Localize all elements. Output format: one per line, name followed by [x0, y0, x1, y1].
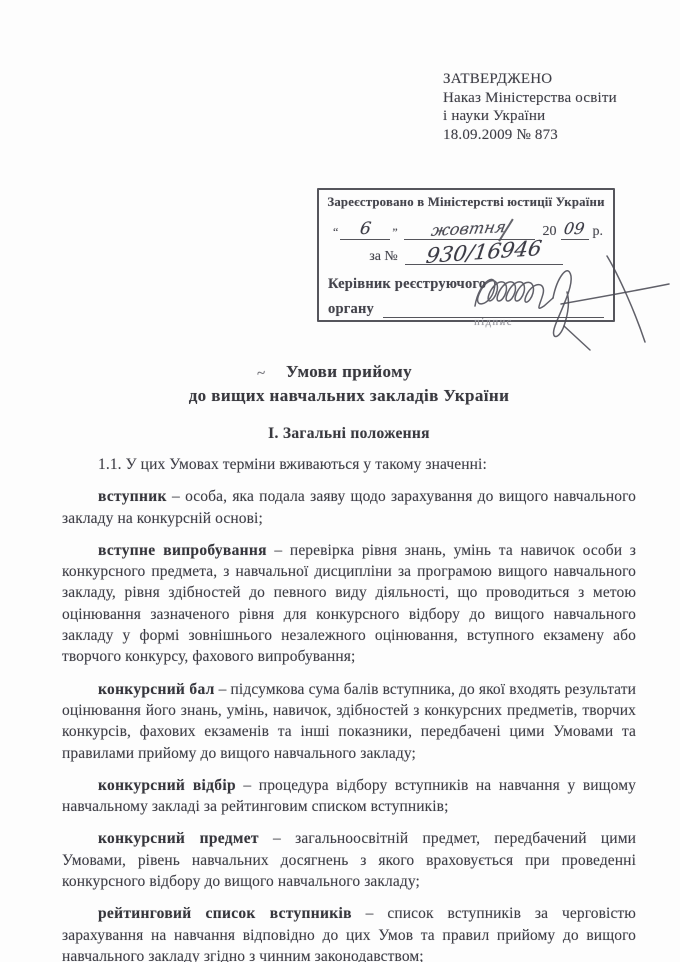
paragraph-term-reitynhovyi-spysok: рейтинговий список вступників – список в… — [62, 903, 636, 962]
reg-number-underline: 930/16946 — [405, 244, 563, 265]
signature-caption: підпис — [383, 317, 604, 328]
paragraph-text: 1.1. У цих Умовах терміни вживаються у т… — [98, 456, 487, 473]
handwritten-reg-number: 930/16946 — [425, 240, 543, 264]
stamp-registration-number-row: за № 930/16946 — [319, 244, 613, 265]
paragraph-term: конкурсний відбір — [98, 777, 236, 794]
official-title-line1: Керівник реєструючого — [328, 276, 604, 293]
handwritten-month: жовтня — [430, 219, 507, 238]
document-title-line2: до вищих навчальних закладів України — [62, 384, 636, 408]
paragraph-term-konkursnyi-vidbir: конкурсний відбір – процедура відбору вс… — [62, 775, 636, 818]
year-underline: 09 — [561, 222, 589, 240]
paragraph-term-konkursnyi-predmet: конкурсний предмет – загальноосвітній пр… — [62, 828, 636, 892]
handwritten-day: 6 — [359, 222, 372, 237]
document-body: Умови прийому до вищих навчальних заклад… — [62, 360, 636, 962]
section-heading: І. Загальні положення — [62, 425, 636, 443]
scanned-document-page: ЗАТВЕРДЖЕНО Наказ Міністерства освіти і … — [0, 0, 680, 962]
document-title-line1: Умови прийому — [62, 360, 636, 384]
document-title: Умови прийому до вищих навчальних заклад… — [62, 360, 636, 408]
official-title-line2-row: органу підпис — [328, 300, 604, 318]
open-quote: “ — [331, 225, 340, 240]
approval-order-date-number: 18.09.2009 № 873 — [443, 126, 617, 145]
handwritten-year: 09 — [563, 222, 585, 236]
reg-number-label: за № — [369, 249, 398, 265]
approval-order-line2: і науки України — [443, 107, 617, 126]
stamp-header: Зареєстровано в Міністерстві юстиції Укр… — [322, 195, 610, 210]
official-title-line2: органу — [328, 301, 374, 318]
year-prefix: 20 — [543, 224, 557, 240]
stamp-date-row: “ 6 ” жовтня 20 09 р. — [319, 221, 613, 240]
paragraph-term: конкурсний бал — [98, 681, 215, 698]
day-underline: 6 — [340, 222, 390, 240]
close-quote: ” — [390, 225, 399, 240]
approval-order-line1: Наказ Міністерства освіти — [443, 89, 617, 108]
paragraph-term: рейтинговий список вступників — [98, 905, 352, 922]
approval-block: ЗАТВЕРДЖЕНО Наказ Міністерства освіти і … — [443, 70, 617, 144]
signature-line: підпис — [383, 300, 604, 318]
paragraph-term: вступник — [98, 488, 167, 505]
paragraph-term-vstupne-vyprobuvannia: вступне випробування – перевірка рівня з… — [62, 540, 636, 668]
paragraph-text: – перевірка рівня знань, умінь та навичо… — [62, 542, 636, 665]
registration-stamp-box: Зареєстровано в Міністерстві юстиції Укр… — [317, 188, 615, 322]
year-suffix: р. — [593, 224, 604, 240]
paragraph-term-konkursnyi-bal: конкурсний бал – підсумкова сума балів в… — [62, 679, 636, 764]
paragraph-term: вступне випробування — [98, 542, 267, 559]
paragraph-1-1: 1.1. У цих Умовах терміни вживаються у т… — [62, 454, 636, 475]
stamp-official-block: Керівник реєструючого органу підпис — [319, 276, 613, 318]
approval-word: ЗАТВЕРДЖЕНО — [443, 70, 617, 89]
paragraph-term-vstupnyk: вступник – особа, яка подала заяву щодо … — [62, 486, 636, 529]
paragraph-term: конкурсний предмет — [98, 830, 259, 847]
